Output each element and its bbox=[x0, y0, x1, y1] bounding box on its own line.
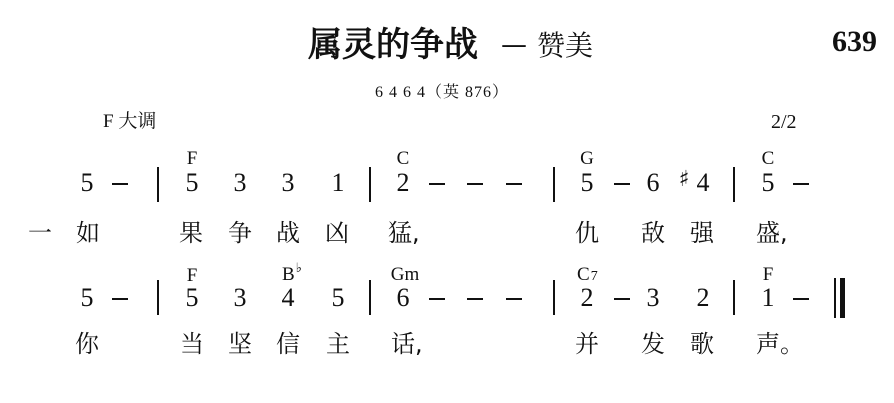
lyric-syllable: 盛, bbox=[756, 221, 788, 245]
final-barline-thin bbox=[834, 278, 836, 318]
barline bbox=[733, 167, 735, 202]
duration-dash bbox=[467, 298, 483, 300]
note: 6 bbox=[397, 285, 410, 311]
lyric-syllable: 歌 bbox=[690, 332, 714, 356]
title-separator: — bbox=[501, 28, 527, 62]
chord-label: Gm bbox=[391, 264, 420, 285]
note: 1 bbox=[332, 170, 345, 196]
lyric-syllable: 当 bbox=[180, 332, 204, 356]
barline bbox=[369, 167, 371, 202]
duration-dash bbox=[429, 298, 445, 300]
chord-label: C bbox=[397, 148, 410, 169]
barline bbox=[157, 167, 159, 202]
chord-extension: 7 bbox=[591, 269, 598, 284]
duration-dash bbox=[429, 183, 445, 185]
lyric-syllable: 争 bbox=[228, 221, 252, 245]
chord-symbol: Gm bbox=[391, 265, 420, 284]
note: 1 bbox=[762, 285, 775, 311]
time-signature: 2/2 bbox=[771, 111, 797, 133]
note: 5 bbox=[186, 170, 199, 196]
note: 5 bbox=[81, 285, 94, 311]
duration-dash bbox=[112, 183, 128, 185]
chord-label: C bbox=[762, 148, 775, 169]
lyric-syllable: 如 bbox=[76, 221, 100, 245]
note: 2 bbox=[581, 285, 594, 311]
note: 4 bbox=[282, 285, 295, 311]
duration-dash bbox=[112, 298, 128, 300]
chord-label: C bbox=[577, 264, 590, 285]
lyric-syllable: 猛, bbox=[388, 221, 420, 245]
duration-dash bbox=[506, 298, 522, 300]
duration-dash bbox=[614, 298, 630, 300]
lyric-syllable: 坚 bbox=[228, 332, 252, 356]
note: 2 bbox=[697, 285, 710, 311]
note: 3 bbox=[234, 285, 247, 311]
note: 4 bbox=[697, 170, 710, 196]
key-signature: F 大调 bbox=[103, 111, 156, 133]
chord-symbol: C bbox=[762, 149, 775, 168]
lyric-syllable: 发 bbox=[641, 332, 665, 356]
sharp-icon: ♯ bbox=[679, 169, 690, 191]
lyric-syllable: 战 bbox=[276, 221, 300, 245]
note: 5 bbox=[581, 170, 594, 196]
flat-icon: ♭ bbox=[296, 260, 302, 275]
chord-label: F bbox=[763, 264, 774, 285]
lyric-syllable: 凶 bbox=[325, 221, 349, 245]
barline bbox=[553, 167, 555, 202]
chord-label: F bbox=[187, 148, 198, 169]
lyric-syllable: 并 bbox=[575, 332, 599, 356]
lyric-syllable: 话, bbox=[391, 332, 423, 356]
lyric-syllable: 主 bbox=[326, 332, 350, 356]
duration-dash bbox=[793, 183, 809, 185]
hymn-category: 赞美 bbox=[537, 29, 593, 63]
barline bbox=[553, 280, 555, 315]
chord-symbol: F bbox=[763, 265, 774, 284]
barline bbox=[157, 280, 159, 315]
note: 5 bbox=[332, 285, 345, 311]
note: 3 bbox=[234, 170, 247, 196]
lyric-syllable: 你 bbox=[75, 332, 99, 356]
chord-symbol: B♭ bbox=[282, 265, 302, 285]
duration-dash bbox=[614, 183, 630, 185]
note: 6 bbox=[647, 170, 660, 196]
barline bbox=[733, 280, 735, 315]
lyric-syllable: 果 bbox=[179, 221, 203, 245]
hymn-title: 属灵的争战 bbox=[308, 28, 478, 62]
duration-dash bbox=[506, 183, 522, 185]
hymn-number: 639 bbox=[832, 27, 877, 57]
hymn-meter: 6 4 6 4（英 876） bbox=[375, 84, 509, 102]
note: 2 bbox=[397, 170, 410, 196]
duration-dash bbox=[793, 298, 809, 300]
lyric-syllable: 敌 bbox=[641, 221, 665, 245]
note: 5 bbox=[186, 285, 199, 311]
duration-dash bbox=[467, 183, 483, 185]
final-barline-thick bbox=[840, 278, 845, 318]
chord-symbol: F bbox=[187, 149, 198, 168]
lyric-syllable: 声。 bbox=[756, 332, 804, 356]
note: 5 bbox=[81, 170, 94, 196]
note: 5 bbox=[762, 170, 775, 196]
lyric-syllable: 仇 bbox=[575, 221, 599, 245]
note: 3 bbox=[647, 285, 660, 311]
chord-label: B bbox=[282, 264, 295, 285]
lyric-syllable: 一 bbox=[28, 221, 52, 245]
chord-label: G bbox=[580, 148, 594, 169]
lyric-syllable: 强 bbox=[690, 221, 714, 245]
chord-symbol: C bbox=[397, 149, 410, 168]
note: 3 bbox=[282, 170, 295, 196]
lyric-syllable: 信 bbox=[276, 332, 300, 356]
barline bbox=[369, 280, 371, 315]
chord-symbol: G bbox=[580, 149, 594, 168]
